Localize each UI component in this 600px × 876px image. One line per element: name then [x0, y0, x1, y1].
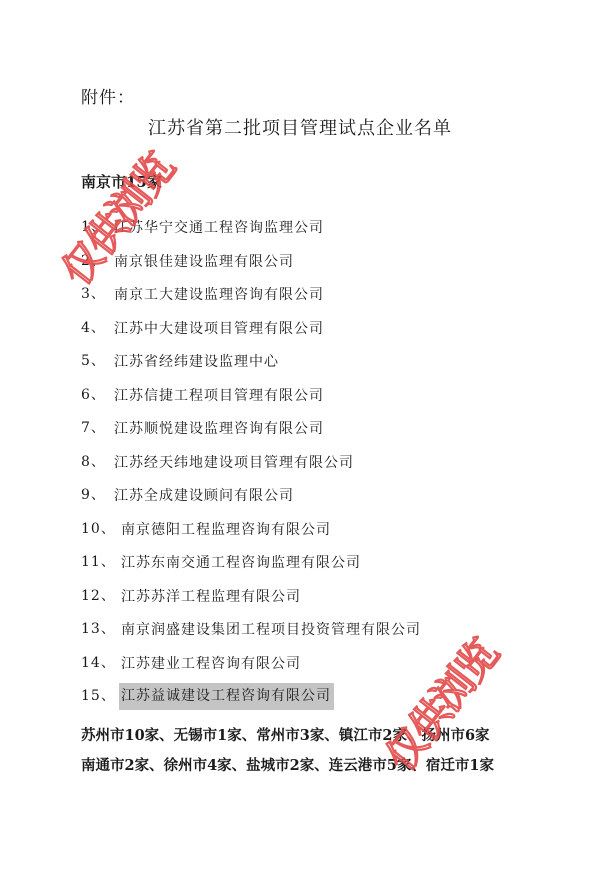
company-name: 江苏省经纬建设监理中心	[114, 350, 281, 375]
document-title: 江苏省第二批项目管理试点企业名单	[0, 118, 600, 140]
company-name-highlighted[interactable]: 江苏益诚建设工程咨询有限公司	[119, 683, 334, 710]
company-number: 8、	[81, 451, 114, 473]
company-name: 江苏信捷工程项目管理有限公司	[114, 384, 326, 409]
company-name: 江苏中大建设项目管理有限公司	[114, 317, 326, 342]
company-list-item: 12、 江苏苏洋工程监理有限公司	[81, 585, 423, 619]
company-list-item: 9、 江苏全成建设顾问有限公司	[81, 484, 423, 518]
company-name: 江苏东南交通工程咨询监理有限公司	[121, 551, 363, 576]
company-list-item: 6、 江苏信捷工程项目管理有限公司	[81, 384, 423, 418]
city-heading-nanjing: 南京市15家	[81, 173, 162, 191]
company-list-item: 13、 南京润盛建设集团工程项目投资管理有限公司	[81, 618, 423, 652]
company-number: 9、	[81, 484, 114, 506]
company-number: 5、	[81, 350, 114, 372]
company-name: 江苏华宁交通工程咨询监理公司	[114, 216, 326, 241]
company-number: 10、	[81, 518, 121, 540]
company-list-item: 8、 江苏经天纬地建设项目管理有限公司	[81, 451, 423, 485]
company-name: 江苏顺悦建设监理咨询有限公司	[114, 417, 326, 442]
company-name: 江苏苏洋工程监理有限公司	[121, 585, 303, 610]
company-number: 4、	[81, 317, 114, 339]
company-number: 12、	[81, 585, 121, 607]
company-number: 6、	[81, 384, 114, 406]
company-number: 11、	[81, 551, 121, 573]
company-list-item: 4、 江苏中大建设项目管理有限公司	[81, 317, 423, 351]
company-number: 7、	[81, 417, 114, 439]
company-list-item: 3、 南京工大建设监理咨询有限公司	[81, 283, 423, 317]
company-name: 南京德阳工程监理咨询有限公司	[121, 518, 333, 543]
company-list-item: 10、 南京德阳工程监理咨询有限公司	[81, 518, 423, 552]
company-name: 南京润盛建设集团工程项目投资管理有限公司	[121, 618, 423, 643]
company-number: 13、	[81, 618, 121, 640]
company-name: 江苏建业工程咨询有限公司	[121, 652, 303, 677]
company-name: 南京工大建设监理咨询有限公司	[114, 283, 326, 308]
company-list-item: 2、 南京银佳建设监理有限公司	[81, 250, 423, 284]
company-name: 江苏经天纬地建设项目管理有限公司	[114, 451, 356, 476]
company-number: 14、	[81, 652, 121, 674]
company-number: 1、	[81, 216, 114, 238]
summary-line-1: 苏州市10家、无锡市1家、常州市3家、镇江市2家、扬州市6家	[81, 721, 494, 751]
company-name: 南京银佳建设监理有限公司	[114, 250, 296, 275]
summary-line-2: 南通市2家、徐州市4家、盐城市2家、连云港市5家、宿迁市1家	[81, 751, 494, 781]
company-list: 1、 江苏华宁交通工程咨询监理公司 2、 南京银佳建设监理有限公司 3、 南京工…	[81, 216, 423, 719]
document-page: 附件： 江苏省第二批项目管理试点企业名单 南京市15家 1、 江苏华宁交通工程咨…	[0, 0, 600, 876]
company-list-item: 15、 江苏益诚建设工程咨询有限公司	[81, 685, 423, 719]
company-list-item: 5、 江苏省经纬建设监理中心	[81, 350, 423, 384]
company-list-item: 11、 江苏东南交通工程咨询监理有限公司	[81, 551, 423, 585]
company-name: 江苏全成建设顾问有限公司	[114, 484, 296, 509]
company-list-item: 7、 江苏顺悦建设监理咨询有限公司	[81, 417, 423, 451]
company-number: 3、	[81, 283, 114, 305]
attachment-label: 附件：	[81, 88, 135, 108]
company-number: 2、	[81, 250, 114, 272]
company-list-item: 14、 江苏建业工程咨询有限公司	[81, 652, 423, 686]
other-cities-summary: 苏州市10家、无锡市1家、常州市3家、镇江市2家、扬州市6家 南通市2家、徐州市…	[81, 721, 494, 781]
company-list-item: 1、 江苏华宁交通工程咨询监理公司	[81, 216, 423, 250]
company-number: 15、	[81, 685, 121, 707]
